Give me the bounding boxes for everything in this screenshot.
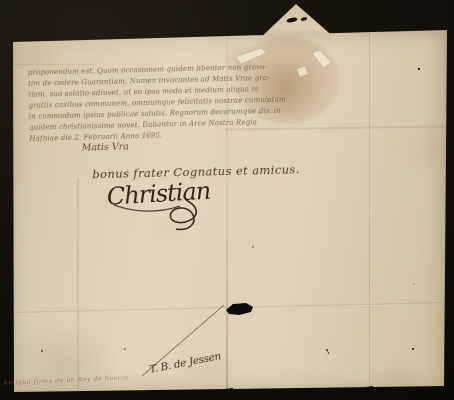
manuscript-ink-layer: proponendum est. Quam occasionem quidem … xyxy=(0,0,454,400)
royal-signature: Christian xyxy=(106,177,211,211)
photograph-of-manuscript-letter: proponendum est. Quam occasionem quidem … xyxy=(0,0,454,400)
address-abbreviation: Matis Vra xyxy=(82,141,129,153)
